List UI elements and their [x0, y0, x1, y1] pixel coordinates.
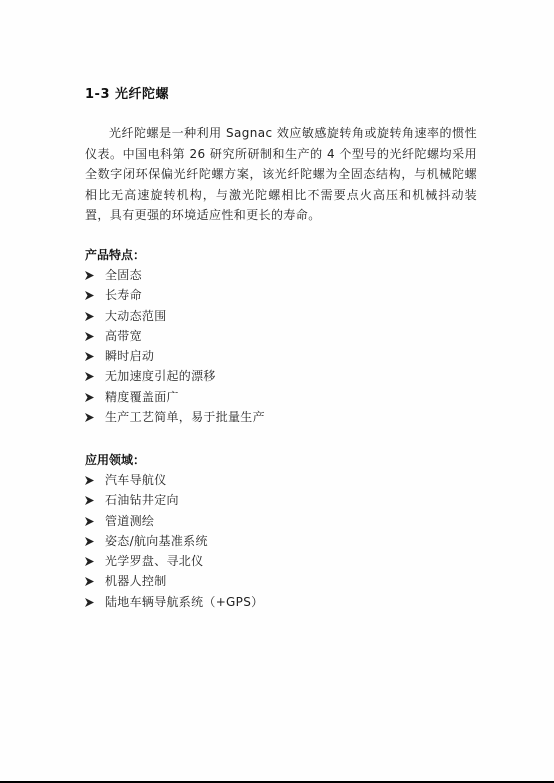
- arrowhead-bullet-icon: [85, 393, 94, 402]
- list-item-label: 生产工艺简单，易于批量生产: [105, 410, 265, 424]
- list-item: 全固态: [85, 265, 265, 285]
- list-item: 陆地车辆导航系统（+GPS）: [85, 592, 263, 612]
- arrowhead-bullet-icon: [85, 496, 94, 505]
- list-item-label: 机器人控制: [105, 574, 167, 588]
- list-item-label: 长寿命: [105, 288, 142, 302]
- applications-section: 应用领域： 汽车导航仪 石油钻井定向 管道测绘 姿态/航向基准系统 光学罗盘、寻…: [85, 450, 263, 612]
- list-item-label: 无加速度引起的漂移: [105, 369, 216, 383]
- list-item-label: 姿态/航向基准系统: [105, 534, 208, 548]
- arrowhead-bullet-icon: [85, 332, 94, 341]
- list-item: 无加速度引起的漂移: [85, 366, 265, 386]
- list-item: 机器人控制: [85, 571, 263, 591]
- list-item: 生产工艺简单，易于批量生产: [85, 407, 265, 427]
- features-section: 产品特点： 全固态 长寿命 大动态范围 高带宽 瞬时启动 无加速度引起的漂移 精…: [85, 245, 265, 427]
- list-item-label: 高带宽: [105, 329, 142, 343]
- applications-list: 汽车导航仪 石油钻井定向 管道测绘 姿态/航向基准系统 光学罗盘、寻北仪 机器人…: [85, 470, 263, 612]
- list-item: 长寿命: [85, 285, 265, 305]
- list-item-label: 石油钻井定向: [105, 493, 179, 507]
- arrowhead-bullet-icon: [85, 557, 94, 566]
- arrowhead-bullet-icon: [85, 352, 94, 361]
- list-item: 姿态/航向基准系统: [85, 531, 263, 551]
- features-heading: 产品特点：: [85, 245, 265, 265]
- list-item: 石油钻井定向: [85, 490, 263, 510]
- list-item-label: 管道测绘: [105, 514, 154, 528]
- arrowhead-bullet-icon: [85, 413, 94, 422]
- arrowhead-bullet-icon: [85, 291, 94, 300]
- arrowhead-bullet-icon: [85, 517, 94, 526]
- applications-heading: 应用领域：: [85, 450, 263, 470]
- list-item: 高带宽: [85, 326, 265, 346]
- arrowhead-bullet-icon: [85, 271, 94, 280]
- arrowhead-bullet-icon: [85, 476, 94, 485]
- intro-paragraph: 光纤陀螺是一种利用 Sagnac 效应敏感旋转角或旋转角速率的惯性仪表。中国电科…: [85, 123, 477, 226]
- list-item-label: 光学罗盘、寻北仪: [105, 554, 203, 568]
- list-item: 精度覆盖面广: [85, 387, 265, 407]
- list-item: 管道测绘: [85, 511, 263, 531]
- arrowhead-bullet-icon: [85, 372, 94, 381]
- features-list: 全固态 长寿命 大动态范围 高带宽 瞬时启动 无加速度引起的漂移 精度覆盖面广 …: [85, 265, 265, 427]
- section-title: 1-3 光纤陀螺: [85, 86, 169, 104]
- list-item-label: 汽车导航仪: [105, 473, 167, 487]
- list-item-label: 全固态: [105, 268, 142, 282]
- list-item-label: 陆地车辆导航系统（+GPS）: [105, 595, 263, 609]
- list-item-label: 大动态范围: [105, 309, 167, 323]
- list-item: 光学罗盘、寻北仪: [85, 551, 263, 571]
- list-item: 汽车导航仪: [85, 470, 263, 490]
- document-page: 1-3 光纤陀螺 光纤陀螺是一种利用 Sagnac 效应敏感旋转角或旋转角速率的…: [0, 0, 554, 783]
- arrowhead-bullet-icon: [85, 537, 94, 546]
- list-item-label: 精度覆盖面广: [105, 390, 179, 404]
- list-item: 瞬时启动: [85, 346, 265, 366]
- arrowhead-bullet-icon: [85, 598, 94, 607]
- list-item: 大动态范围: [85, 306, 265, 326]
- list-item-label: 瞬时启动: [105, 349, 154, 363]
- arrowhead-bullet-icon: [85, 577, 94, 586]
- arrowhead-bullet-icon: [85, 312, 94, 321]
